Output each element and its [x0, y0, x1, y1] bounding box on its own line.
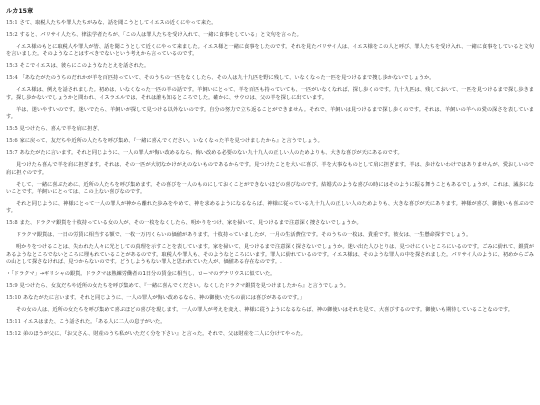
- verse-number: 15:10: [6, 295, 21, 301]
- verse-15-1: 15:1さて、取税人たちや罪人たちがみな、話を聞こうとしてイエスの近くにやって来…: [6, 20, 534, 27]
- commentary-paragraph: イエス様は、例えを話されました。初めは、いなくなった一匹の羊の話です。羊飼いにと…: [6, 87, 534, 102]
- verse-text: あなたがたに言います。それと同じように、一人の罪人が悔い改めるなら、悔い改める必…: [20, 150, 403, 156]
- verse-text: 見つけたら、喜んで羊を肩に担ぎ、: [20, 126, 103, 132]
- verse-15-2: 15:2すると、パリサイ人たち、律法学者たちが、「この人は罪人たちを受け入れて、…: [6, 32, 534, 39]
- verse-15-5: 15:5見つけたら、喜んで羊を肩に担ぎ、: [6, 126, 534, 133]
- verse-15-3: 15:3そこでイエスは、彼らにこのようなたとえを話された。: [6, 63, 534, 70]
- verse-number: 15:1: [6, 20, 18, 26]
- verse-text: 弟のほうが父に、『お父さん、財産のうち私がいただく分を下さい』と言った。それで、…: [23, 331, 306, 337]
- verse-text: あなたがたに言います。それと同じように、一人の罪人が悔い改めるなら、神の御使いた…: [23, 295, 305, 301]
- verse-text: また、ドラクマ銀貨を十枚持っている女の人が、その一枚をなくしたら、明かりをつけ、…: [20, 220, 362, 226]
- verse-number: 15:11: [6, 319, 21, 325]
- verse-text: 「あなたがたのうちのだれかが羊を百匹持っていて、そのうちの一匹をなくしたら、その…: [20, 75, 435, 81]
- commentary-paragraph: ドラクマ銀貨は、一日の労賃に相当する額で、一枚一万円くらいの価値があります。十枚…: [6, 232, 534, 239]
- verse-text: すると、パリサイ人たち、律法学者たちが、「この人は罪人たちを受け入れて、一緒に食…: [20, 32, 302, 38]
- verse-15-9: 15:9見つけたら、女友だちや近所の女たちを呼び集めて、『一緒に喜んでください。…: [6, 283, 534, 290]
- commentary-paragraph: 羊は、迷いやすいのです。迷いでたら、羊飼いが探して見つける以外ないのです。自分の…: [6, 107, 534, 122]
- chapter-title: ルカ15章: [6, 8, 534, 16]
- commentary-paragraph: 明かりをつけることは、失われた人々に光としての真理を示すことを表しています。家を…: [6, 244, 534, 266]
- verse-15-6: 15:6家に戻って、友だちや近所の人たちを呼び集め、『一緒に喜んでください。いな…: [6, 138, 534, 145]
- verse-15-7: 15:7あなたがたに言います。それと同じように、一人の罪人が悔い改めるなら、悔い…: [6, 150, 534, 157]
- verse-text: そこでイエスは、彼らにこのようなたとえを話された。: [20, 63, 149, 69]
- footnote-drachma: ・「ドラクマ」→ギリシャの銀貨。ドラクマは熟練労働者の1日分の賃金に相当し、ロー…: [6, 271, 534, 278]
- verse-number: 15:7: [6, 150, 18, 156]
- commentary-paragraph: その女の人は、近所の女たちを呼び集めて喜ぶほどの喜びを現します。一人の罪人が考え…: [6, 307, 534, 314]
- verse-15-11: 15:11イエスはまた、こう話された。「ある人に二人の息子がいた。: [6, 319, 534, 326]
- commentary-paragraph: イエス様のもとに取税人や罪人が皆、話を聞こうとして近くにやって来ました。イエス様…: [6, 44, 534, 59]
- verse-number: 15:2: [6, 32, 18, 38]
- verse-number: 15:6: [6, 138, 18, 144]
- verse-text: 見つけたら、女友だちや近所の女たちを呼び集めて、『一緒に喜んでください。なくした…: [20, 283, 349, 289]
- verse-number: 15:8: [6, 220, 18, 226]
- commentary-paragraph: 見つけたら喜んで羊を肩に担ぎます。それは、その一匹が大切なかけがえのないものであ…: [6, 162, 534, 177]
- verse-number: 15:3: [6, 63, 18, 69]
- verse-15-10: 15:10あなたがたに言います。それと同じように、一人の罪人が悔い改めるなら、神…: [6, 295, 534, 302]
- verse-text: さて、取税人たちや罪人たちがみな、話を聞こうとしてイエスの近くにやって来た。: [20, 20, 217, 26]
- verse-15-12: 15:12弟のほうが父に、『お父さん、財産のうち私がいただく分を下さい』と言った…: [6, 331, 534, 338]
- verse-number: 15:9: [6, 283, 18, 289]
- verse-15-4: 15:4「あなたがたのうちのだれかが羊を百匹持っていて、そのうちの一匹をなくした…: [6, 75, 534, 82]
- verse-text: 家に戻って、友だちや近所の人たちを呼び集め、『一緒に喜んでください。いなくなった…: [20, 138, 323, 144]
- verse-text: イエスはまた、こう話された。「ある人に二人の息子がいた。: [23, 319, 165, 325]
- document-page: ルカ15章 15:1さて、取税人たちや罪人たちがみな、話を聞こうとしてイエスの近…: [0, 0, 540, 339]
- commentary-paragraph: そして、一緒に喜ぶために、近所の人たちを呼び集めます。その喜びを一人のものにして…: [6, 182, 534, 197]
- verse-number: 15:5: [6, 126, 18, 132]
- verse-number: 15:4: [6, 75, 18, 81]
- verse-15-8: 15:8また、ドラクマ銀貨を十枚持っている女の人が、その一枚をなくしたら、明かり…: [6, 220, 534, 227]
- verse-number: 15:12: [6, 331, 21, 337]
- commentary-paragraph: それと同じように、神様にとって一人の罪人が神から離れた歩みをやめて、神を求めるよ…: [6, 201, 534, 216]
